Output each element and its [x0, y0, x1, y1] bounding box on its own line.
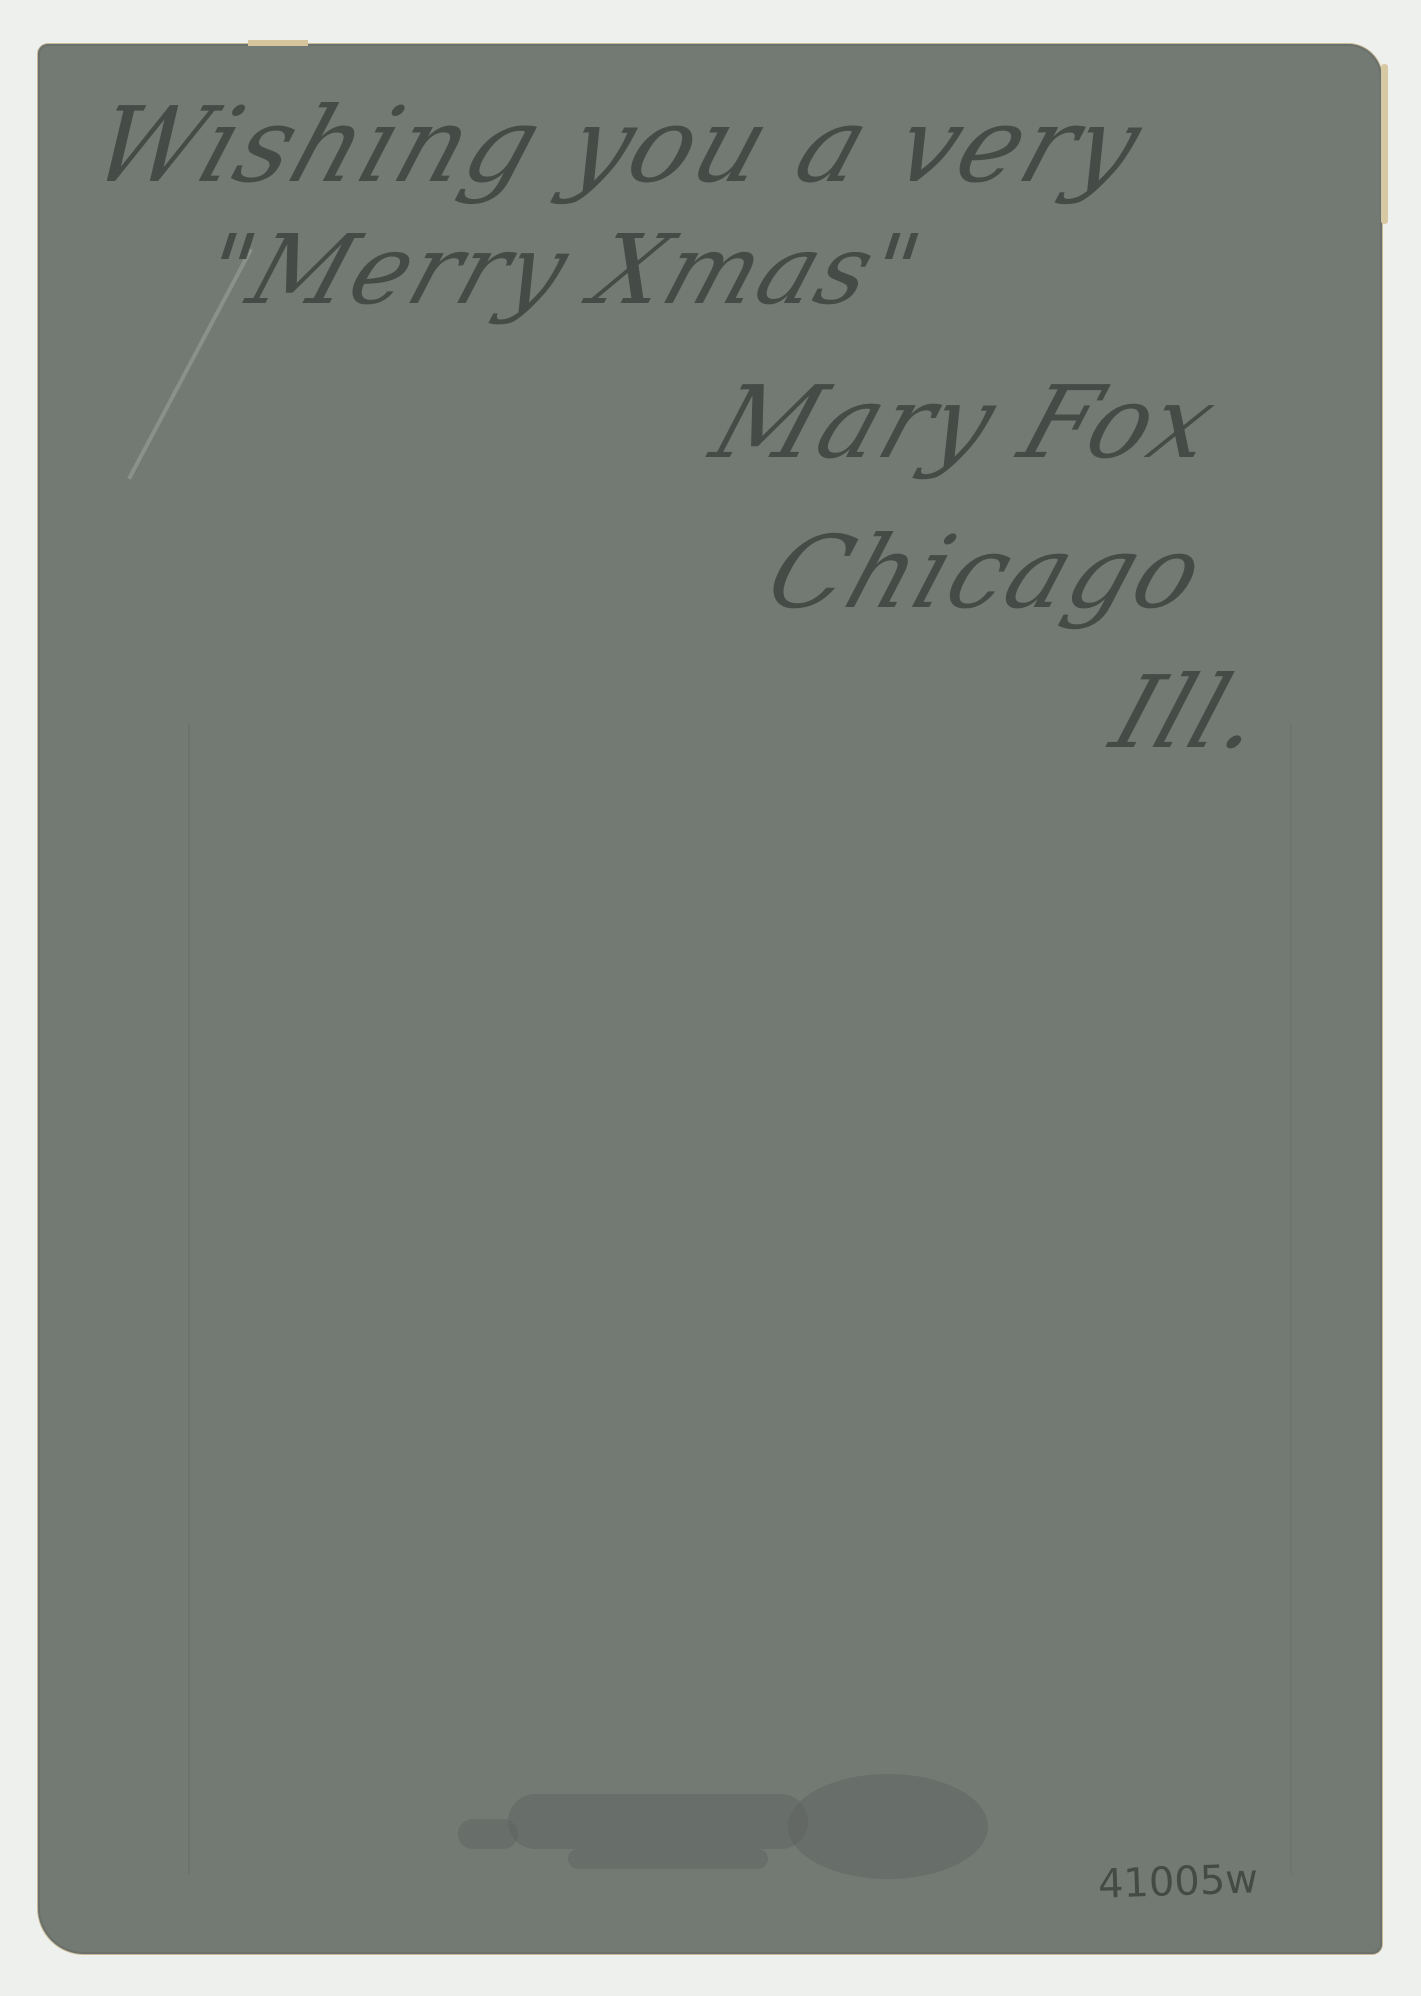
- worn-edge-right: [1381, 64, 1388, 224]
- inscription-line-1: Wishing you a very: [78, 84, 1157, 206]
- inscription-state: Ill.: [1099, 654, 1280, 771]
- inscription-line-2: "Merry Xmas": [190, 214, 936, 326]
- card-back: Wishing you a very "Merry Xmas" Mary Fox…: [38, 44, 1382, 1954]
- worn-edge-top: [248, 40, 308, 46]
- inscription-signature: Mary Fox: [699, 364, 1232, 481]
- inscription-city: Chicago: [754, 514, 1219, 631]
- pencil-catalog-number: 41005w: [1097, 1856, 1258, 1908]
- embossed-stamp-icon: [458, 1774, 1018, 1884]
